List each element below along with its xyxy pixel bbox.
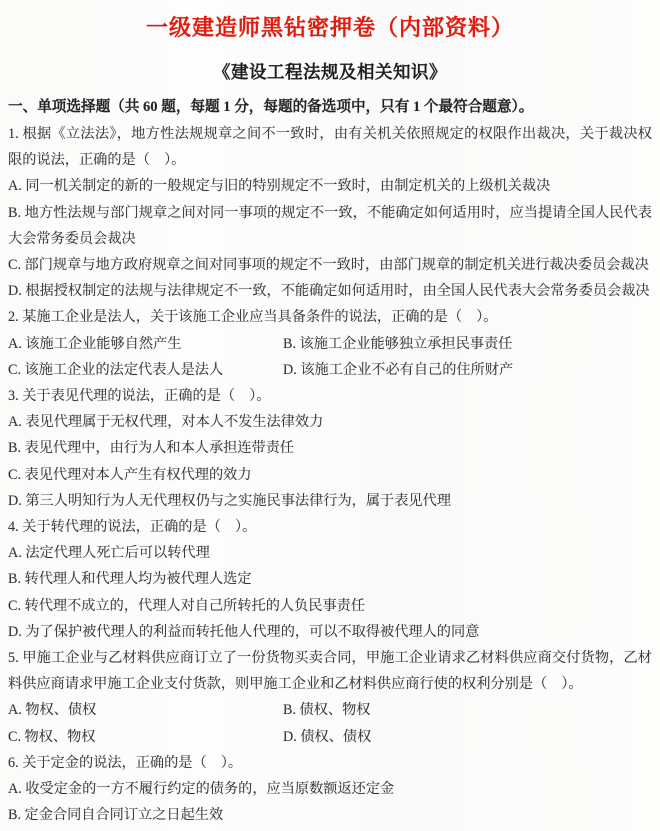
page-title: 一级建造师黑钻密押卷（内部资料） bbox=[8, 12, 652, 44]
question-option-a: A. 该施工企业能够自然产生 bbox=[8, 331, 283, 357]
question-1: 1. 根据《立法法》，地方性法规规章之间不一致时，由有关机关依照规定的权限作出裁… bbox=[8, 121, 652, 304]
question-option-d: D. 第三人明知行为人无代理权仍与之实施民事法律行为，属于表见代理 bbox=[8, 488, 652, 514]
question-option-a: A. 收受定金的一方不履行约定的债务的，应当原数额返还定金 bbox=[8, 776, 652, 802]
question-2: 2. 某施工企业是法人，关于该施工企业应当具备条件的说法，正确的是（ ）。 A.… bbox=[8, 304, 652, 383]
question-option-d: D. 根据授权制定的法规与法律规定不一致，不能确定如何适用时，由全国人民代表大会… bbox=[8, 278, 652, 304]
question-option-c: C. 该施工企业的法定代表人是法人 bbox=[8, 357, 283, 383]
question-stem: 5. 甲施工企业与乙材料供应商订立了一份货物买卖合同，甲施工企业请求乙材料供应商… bbox=[8, 645, 652, 697]
section-heading: 一、单项选择题（共 60 题，每题 1 分，每题的备选项中，只有 1 个最符合题… bbox=[8, 94, 652, 121]
question-option-a: A. 表见代理属于无权代理，对本人不发生法律效力 bbox=[8, 409, 652, 435]
question-option-b: B. 该施工企业能够独立承担民事责任 bbox=[283, 331, 652, 357]
question-6: 6. 关于定金的说法，正确的是（ ）。 A. 收受定金的一方不履行约定的债务的，… bbox=[8, 750, 652, 829]
question-4: 4. 关于转代理的说法，正确的是（ ）。 A. 法定代理人死亡后可以转代理 B.… bbox=[8, 514, 652, 645]
question-option-c: C. 部门规章与地方政府规章之间对同事项的规定不一致时，由部门规章的制定机关进行… bbox=[8, 252, 652, 278]
question-option-b: B. 定金合同自合同订立之日起生效 bbox=[8, 802, 652, 828]
exam-paper-page: 一级建造师黑钻密押卷（内部资料） 《建设工程法规及相关知识》 一、单项选择题（共… bbox=[0, 0, 660, 831]
options-grid: A. 该施工企业能够自然产生 B. 该施工企业能够独立承担民事责任 C. 该施工… bbox=[8, 331, 652, 383]
question-option-c: C. 转代理不成立的，代理人对自己所转托的人负民事责任 bbox=[8, 593, 652, 619]
page-subtitle: 《建设工程法规及相关知识》 bbox=[8, 58, 652, 86]
question-option-d: D. 债权、债权 bbox=[283, 724, 652, 750]
question-3: 3. 关于表见代理的说法，正确的是（ ）。 A. 表见代理属于无权代理，对本人不… bbox=[8, 383, 652, 514]
question-5: 5. 甲施工企业与乙材料供应商订立了一份货物买卖合同，甲施工企业请求乙材料供应商… bbox=[8, 645, 652, 750]
question-stem: 3. 关于表见代理的说法，正确的是（ ）。 bbox=[8, 383, 652, 409]
question-option-a: A. 同一机关制定的新的一般规定与旧的特别规定不一致时，由制定机关的上级机关裁决 bbox=[8, 173, 652, 199]
question-stem: 1. 根据《立法法》，地方性法规规章之间不一致时，由有关机关依照规定的权限作出裁… bbox=[8, 121, 652, 173]
question-option-d: D. 该施工企业不必有自己的住所财产 bbox=[283, 357, 652, 383]
question-option-d: D. 为了保护被代理人的利益而转托他人代理的，可以不取得被代理人的同意 bbox=[8, 619, 652, 645]
question-option-b: B. 转代理人和代理人均为被代理人选定 bbox=[8, 566, 652, 592]
question-stem: 6. 关于定金的说法，正确的是（ ）。 bbox=[8, 750, 652, 776]
question-option-b: B. 地方性法规与部门规章之间对同一事项的规定不一致，不能确定如何适用时，应当提… bbox=[8, 200, 652, 252]
question-option-b: B. 表见代理中，由行为人和本人承担连带责任 bbox=[8, 435, 652, 461]
question-stem: 4. 关于转代理的说法，正确的是（ ）。 bbox=[8, 514, 652, 540]
question-option-c: C. 表见代理对本人产生有权代理的效力 bbox=[8, 462, 652, 488]
options-grid: A. 物权、债权 B. 债权、物权 C. 物权、物权 D. 债权、债权 bbox=[8, 697, 652, 749]
question-option-a: A. 物权、债权 bbox=[8, 697, 283, 723]
question-option-a: A. 法定代理人死亡后可以转代理 bbox=[8, 540, 652, 566]
question-stem: 2. 某施工企业是法人，关于该施工企业应当具备条件的说法，正确的是（ ）。 bbox=[8, 304, 652, 330]
question-option-b: B. 债权、物权 bbox=[283, 697, 652, 723]
question-option-c: C. 物权、物权 bbox=[8, 724, 283, 750]
